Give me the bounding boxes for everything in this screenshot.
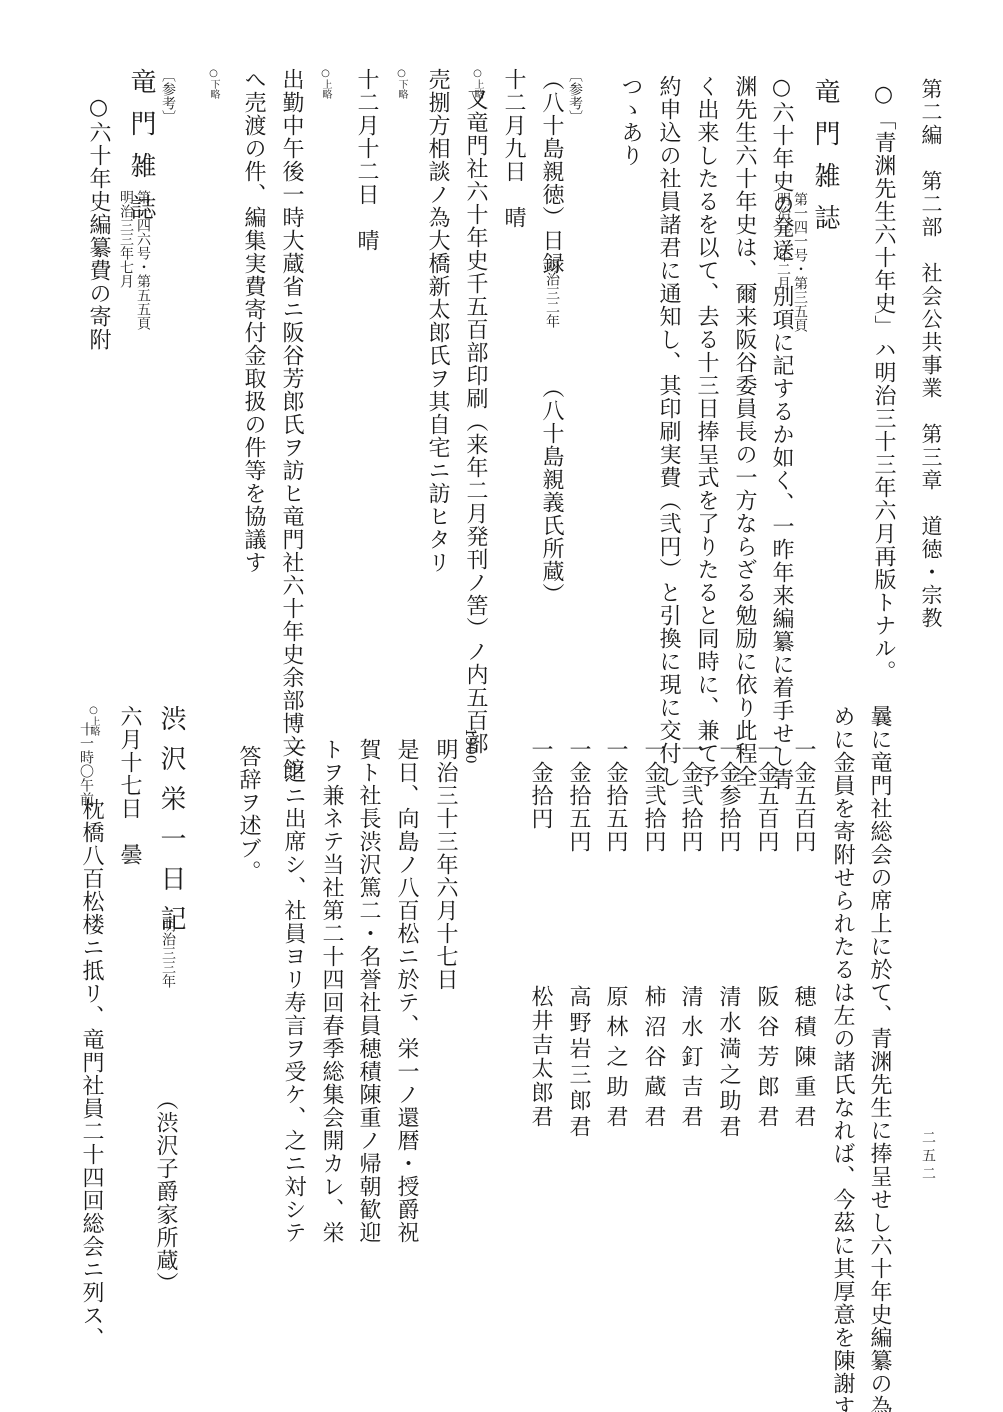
entry-line: 答辞ヲ述ブ。 [235,745,261,883]
citation-line: 第一四六号・第五五頁 [135,190,150,330]
donor-amount: 一金五百円 [790,738,816,853]
intro-line: めに金員を寄附せられたるは左の諸氏なれば、今茲に其厚意を陳謝す [829,705,855,1412]
donor-amount: 一金拾円 [527,738,553,830]
donor-name: 清水釘吉君 [677,985,703,1135]
donor-name: 原林之助君 [602,985,628,1135]
running-head: 第二編 第二部 社会公共事業 第三章 道徳・宗教 [918,78,944,630]
donor-amount: 一金弐拾円 [677,738,703,853]
article-line: ○六十年史の発送 別項に記するか如く、一昨年来編纂に着手せし青 [768,75,794,791]
citation-line: 第一四一号・第三五頁 [792,192,807,332]
diary-time: 十一時〇午前 [78,722,93,806]
reference-citation: 第一四六号・第五五頁 明治三三年七月 [118,190,150,330]
diary-source-year: 明治三三年 [160,918,175,988]
intro-line: 曩に竜門社総会の席上に於て、青渊先生に捧呈せし六十年史編纂の為 [866,705,892,1412]
reference-holder: （八十島親義氏所蔵） [538,376,564,606]
year-marker: 1900 [462,728,477,764]
donor-amount: 一金五百円 [753,738,779,853]
reference-label: 〔参考〕 [567,68,582,124]
source-title: 竜門雑誌 [812,78,838,246]
entry-line: 賀ト社長渋沢篤二・名誉社員穂積陳重ノ帰朝歓迎 [355,738,381,1244]
omit-above: ○上略 [320,68,330,99]
diary-line: へ売渡の件、編集実費寄付金取扱の件等を協議す [240,68,266,574]
republish-note: ○「青渊先生六十年史」ハ明治三十三年六月再版トナル。 [870,82,896,683]
article-heading: ○六十年史編纂費の寄附 [85,95,111,351]
diary-date: 十二月十二日 晴 [353,68,379,252]
article-line: つゝあり [617,75,643,167]
donor-amount: 一金拾五円 [602,738,628,853]
article-line: 渊先生六十年史は、爾来阪谷委員長の一方ならざる勉励に依り此程全 [731,75,757,788]
omit-below: ○下略 [208,68,218,99]
diary-line: 枕橋八百松楼ニ抵リ、竜門社員二十四回総会ニ列ス、 [78,798,104,1350]
reference-title: （八十島親徳）日録 [538,68,564,275]
reference-year: 明治三二年 [544,258,559,328]
entry-line: 是日、向島ノ八百松ニ於テ、栄一ノ還暦・授爵祝 [393,738,419,1244]
citation-line: 明治三三年七月 [118,190,133,330]
donor-amount: 一金拾五円 [565,738,591,853]
omit-below: ○下略 [396,68,406,99]
article-line: 約申込の社員諸君に通知し、其印刷実費（弐円）と引換に現に交付し [655,75,681,788]
diary-line: 又竜門社六十年史千五百部印刷（来年二月発刊ノ筈）ノ内五百部 [462,88,488,755]
donor-amount: 一金弐拾円 [640,738,666,853]
diary-date: 十二月九日 晴 [500,68,526,229]
donor-name: 高野岩三郎君 [565,985,591,1141]
date-heading: 明治三十三年六月十七日 [432,738,458,991]
diary-source-title: 渋沢栄一日記 [158,705,184,945]
entry-line: トヲ兼ネテ当社第二十四回春季総集会開カレ、栄 [318,738,344,1244]
page-number: 二五二 [920,1130,935,1184]
donor-name: 清水満之助君 [715,985,741,1141]
donor-name: 松井吉太郎君 [527,985,553,1129]
donor-name: 阪谷芳郎君 [753,985,779,1135]
donor-amount: 一金参拾円 [715,738,741,853]
diary-date: 六月十七日 曇 [116,705,142,866]
donor-name: 穂積陳重君 [790,985,816,1135]
diary-source-holder: （渋沢子爵家所蔵） [152,1088,178,1295]
entry-line: 一之ニ出席シ、社員ヨリ寿言ヲ受ケ、之ニ対シテ [280,738,306,1244]
donor-name: 柿沼谷蔵君 [640,985,666,1135]
reference-label: 〔参考〕 [160,68,175,124]
diary-line: 出勤中午後一時大蔵省ニ阪谷芳郎氏ヲ訪ヒ竜門社六十年史余部博文館 [278,68,304,781]
article-line: く出来したるを以て、去る十三日捧呈式を了りたると同時に、兼て予 [693,75,719,788]
diary-line: 売捌方相談ノ為大橋新太郎氏ヲ其自宅ニ訪ヒタリ [424,68,450,574]
